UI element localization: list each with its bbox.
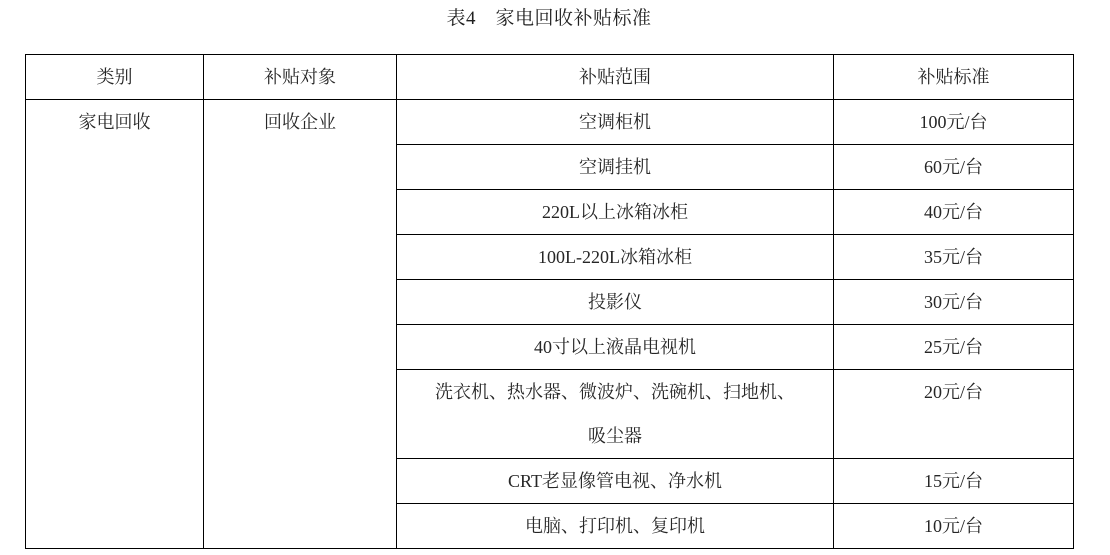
category-cell: 家电回收 <box>26 100 204 549</box>
standard-cell: 25元/台 <box>834 325 1074 370</box>
range-cell: CRT老显像管电视、净水机 <box>397 459 834 504</box>
table-row: 家电回收 回收企业 空调柜机 100元/台 <box>26 100 1074 145</box>
range-cell: 100L-220L冰箱冰柜 <box>397 235 834 280</box>
standard-cell: 60元/台 <box>834 145 1074 190</box>
header-recipient: 补贴对象 <box>204 55 397 100</box>
range-cell: 40寸以上液晶电视机 <box>397 325 834 370</box>
standard-cell: 35元/台 <box>834 235 1074 280</box>
standard-cell: 40元/台 <box>834 190 1074 235</box>
range-cell: 电脑、打印机、复印机 <box>397 504 834 549</box>
recipient-cell: 回收企业 <box>204 100 397 549</box>
standard-cell: 100元/台 <box>834 100 1074 145</box>
header-standard: 补贴标准 <box>834 55 1074 100</box>
range-cell: 空调挂机 <box>397 145 834 190</box>
header-row: 类别 补贴对象 补贴范围 补贴标准 <box>26 55 1074 100</box>
range-cell: 洗衣机、热水器、微波炉、洗碗机、扫地机、 吸尘器 <box>397 370 834 459</box>
range-cell: 220L以上冰箱冰柜 <box>397 190 834 235</box>
standard-cell: 30元/台 <box>834 280 1074 325</box>
standard-cell: 15元/台 <box>834 459 1074 504</box>
table-caption: 表4 家电回收补贴标准 <box>25 6 1073 32</box>
range-cell: 投影仪 <box>397 280 834 325</box>
subsidy-table: 类别 补贴对象 补贴范围 补贴标准 家电回收 回收企业 空调柜机 100元/台 … <box>25 54 1074 549</box>
range-cell: 空调柜机 <box>397 100 834 145</box>
document-page: 表4 家电回收补贴标准 类别 补贴对象 补贴范围 补贴标准 家电回收 回收企业 … <box>25 6 1073 549</box>
standard-cell: 10元/台 <box>834 504 1074 549</box>
header-range: 补贴范围 <box>397 55 834 100</box>
standard-cell: 20元/台 <box>834 370 1074 459</box>
header-category: 类别 <box>26 55 204 100</box>
